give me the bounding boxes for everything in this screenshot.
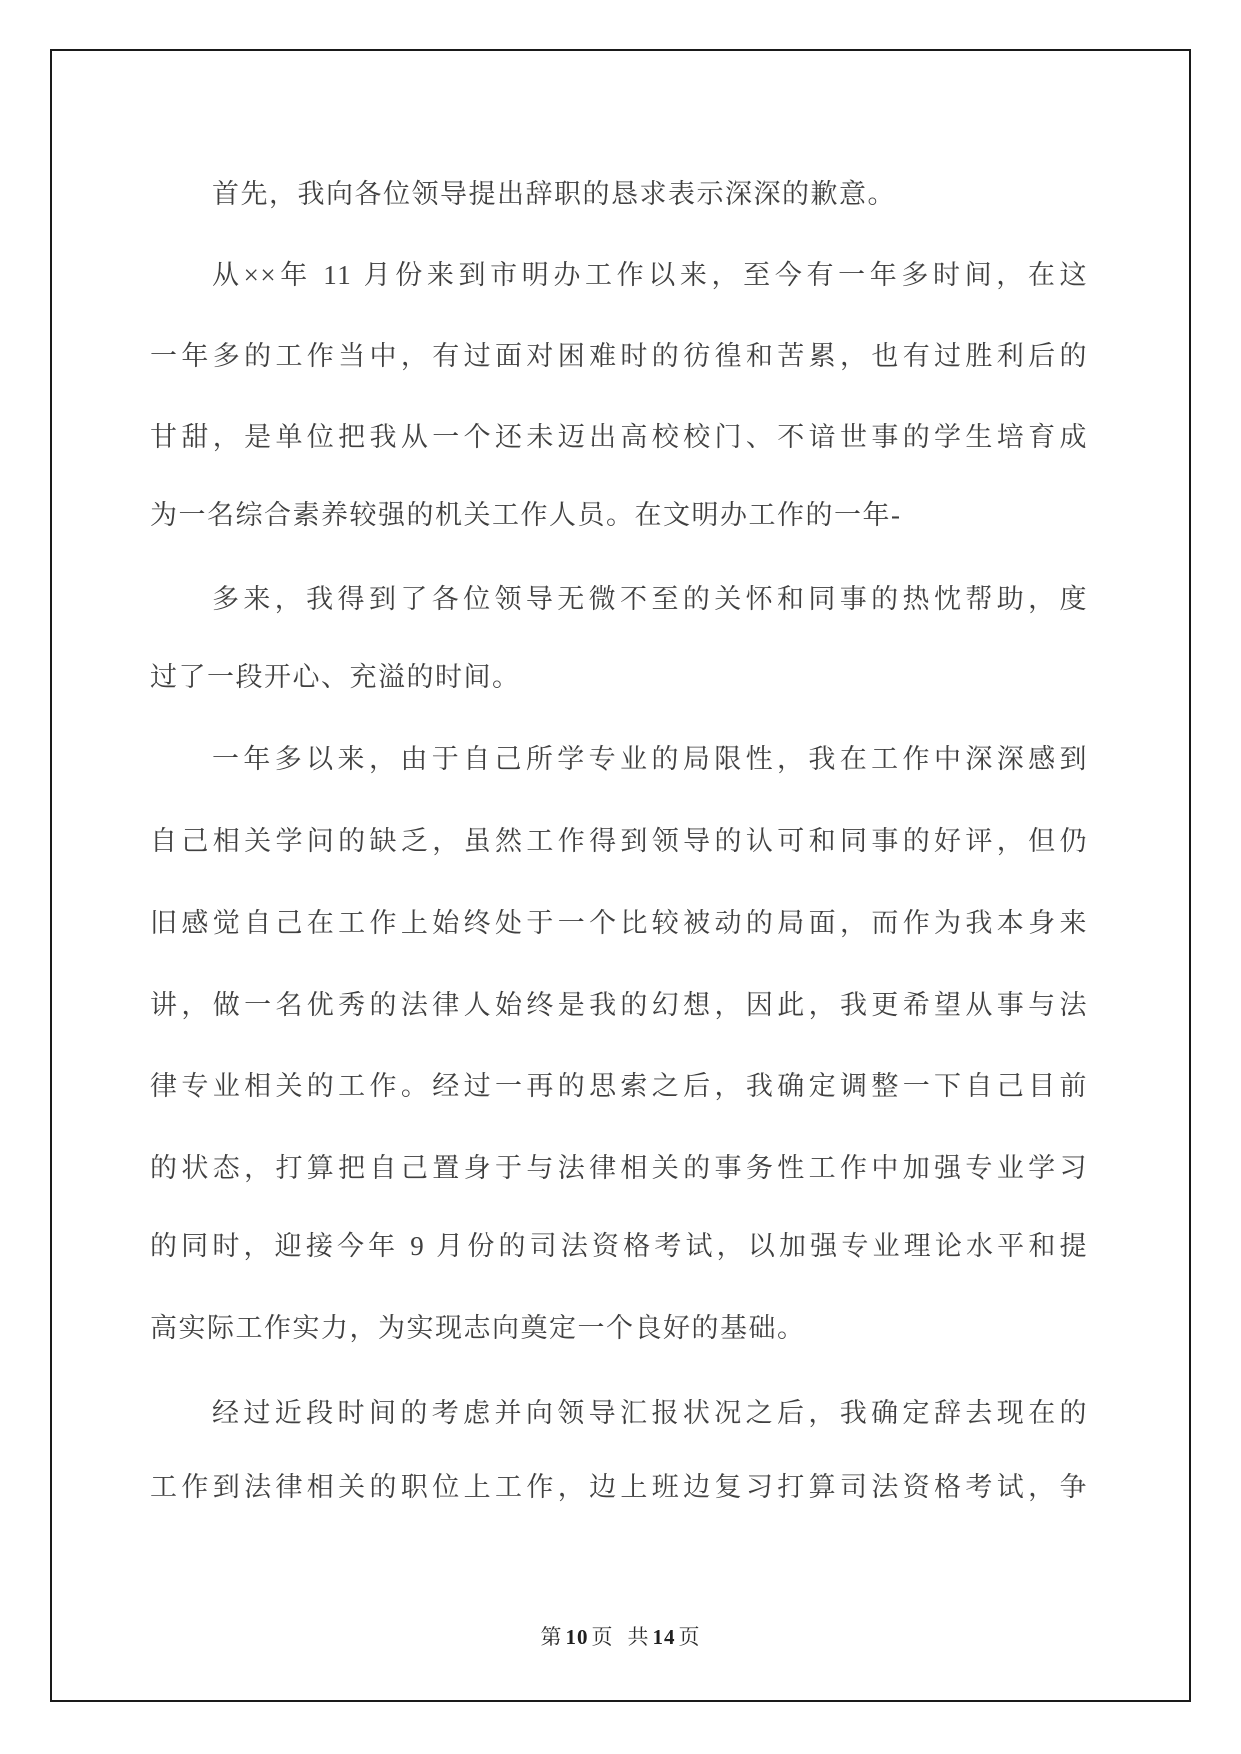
footer-page-suffix: 页 [592,1625,614,1649]
paragraph-4-line-1: 一年多以来，由于自己所学专业的局限性，我在工作中深深感到 [150,744,1088,774]
paragraph-4-line-5: 律专业相关的工作。经过一再的思索之后，我确定调整一下自己目前 [150,1071,1088,1101]
paragraph-5-line-2: 工作到法律相关的职位上工作，边上班边复习打算司法资格考试，争 [150,1472,1088,1502]
paragraph-2-line-4: 为一名综合素养较强的机关工作人员。在文明办工作的一年- [150,500,1088,530]
footer-total-suffix: 页 [679,1625,701,1649]
paragraph-2-line-3: 甘甜，是单位把我从一个还未迈出高校校门、不谙世事的学生培育成 [150,422,1088,452]
page-border [50,49,1191,1702]
footer-total-label: 共 [628,1625,650,1649]
paragraph-1-line-1: 首先，我向各位领导提出辞职的恳求表示深深的歉意。 [150,179,1088,209]
paragraph-4-line-4: 讲，做一名优秀的法律人始终是我的幻想，因此，我更希望从事与法 [150,990,1088,1020]
footer-page-number: 10 [563,1625,592,1649]
paragraph-3-line-1: 多来，我得到了各位领导无微不至的关怀和同事的热忱帮助，度 [150,584,1088,614]
paragraph-2-line-1: 从××年 11 月份来到市明办工作以来，至今有一年多时间，在这 [150,260,1088,290]
footer-total-number: 14 [650,1625,679,1649]
paragraph-4-line-7: 的同时，迎接今年 9 月份的司法资格考试，以加强专业理论水平和提 [150,1231,1088,1261]
paragraph-4-line-2: 自己相关学问的缺乏，虽然工作得到领导的认可和同事的好评，但仍 [150,826,1088,856]
paragraph-2-line-2: 一年多的工作当中，有过面对困难时的彷徨和苦累，也有过胜利后的 [150,341,1088,371]
paragraph-5-line-1: 经过近段时间的考虑并向领导汇报状况之后，我确定辞去现在的 [150,1398,1088,1428]
paragraph-4-line-8: 高实际工作实力，为实现志向奠定一个良好的基础。 [150,1313,1088,1343]
page-footer: 第10页共14页 [0,1624,1241,1650]
footer-page-label: 第 [541,1625,563,1649]
paragraph-4-line-6: 的状态，打算把自己置身于与法律相关的事务性工作中加强专业学习 [150,1153,1088,1183]
document-page: 首先，我向各位领导提出辞职的恳求表示深深的歉意。 从××年 11 月份来到市明办… [0,0,1241,1754]
paragraph-3-line-2: 过了一段开心、充溢的时间。 [150,662,1088,692]
paragraph-4-line-3: 旧感觉自己在工作上始终处于一个比较被动的局面，而作为我本身来 [150,908,1088,938]
